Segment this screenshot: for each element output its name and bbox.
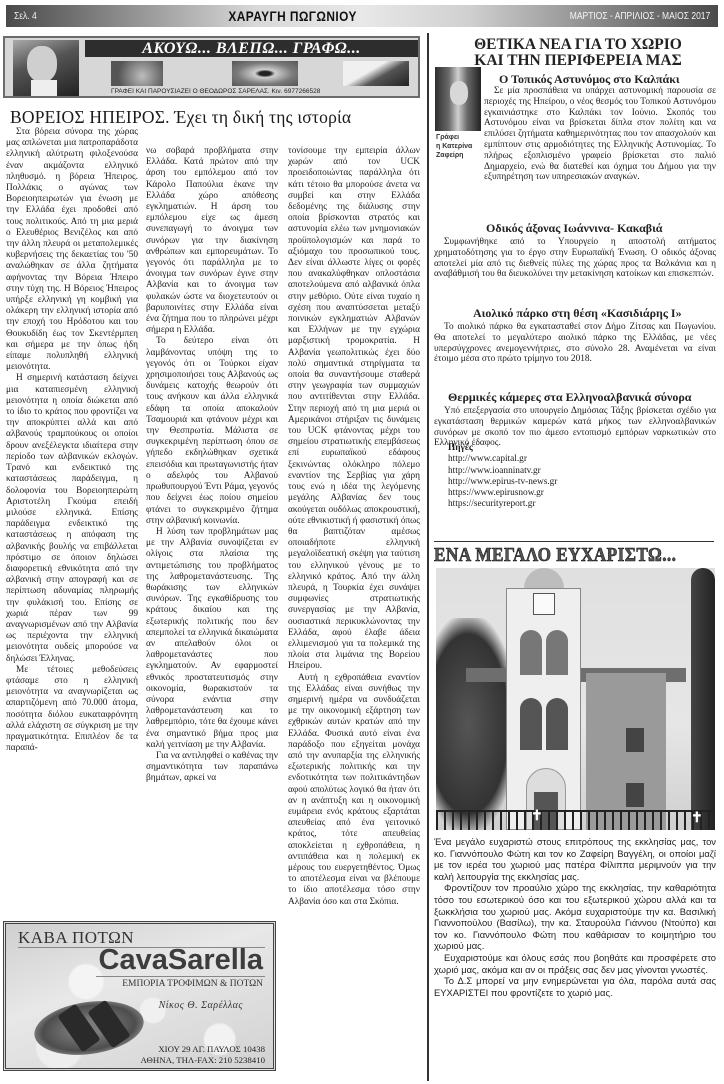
- news-item: Το αιολικό πάρκο θα εγκατασταθεί στον Δή…: [434, 322, 716, 365]
- news-heading: Θερμικές κάμερες στα Ελληνοαλβανικά σύνο…: [448, 390, 691, 405]
- ear-icon: [111, 61, 163, 86]
- column-credit: ΓΡΑΦΕΙ ΚΑΙ ΠΑΡΟΥΣΙΑΖΕΙ Ο ΘΕΟΔΩΡΟΣ ΣΑΡΕΛΑ…: [111, 88, 320, 95]
- paragraph: τονίσουμε την εμπειρία άλλων χωρών από τ…: [288, 146, 420, 673]
- columnist-photo: [13, 40, 79, 96]
- clock-icon: [533, 593, 555, 615]
- source-link[interactable]: https://www.epirusnow.gr: [448, 488, 557, 499]
- church-photo: ✝ ✝: [436, 568, 715, 830]
- news-heading: Αιολικό πάρκο στη θέση «Κασιδιάρης Ι»: [473, 306, 682, 321]
- section-divider: [434, 541, 714, 542]
- ad-address: ΧΙΟΥ 29 ΑΓ. ΠΑΥΛΟΣ 10438 ΑΘΗΝΑ, ΤΗΛ-FAX:…: [141, 1044, 265, 1065]
- ad-trade: ΕΜΠΟΡΙΑ ΤΡΟΦΙΜΩΝ & ΠΟΤΩΝ: [122, 979, 263, 989]
- source-link[interactable]: http://www.capital.gr: [448, 454, 557, 465]
- article-column-1: Στα βόρεια σύνορα της χώρας μας απλώνετα…: [6, 127, 138, 754]
- eye-icon: [232, 61, 298, 86]
- pen-icon: [343, 61, 409, 86]
- page-number: Σελ. 4: [14, 11, 37, 22]
- column-banner: ΑΚΟΥΩ... ΒΛΕΠΩ... ΓΡΑΦΩ... ΓΡΑΦΕΙ ΚΑΙ ΠΑ…: [3, 36, 420, 98]
- thanks-title: ΕΝΑ ΜΕΓΑΛΟ ΕΥΧΑΡΙΣΤΩ...: [434, 544, 676, 567]
- news-heading: Οδικός άξονας Ιωάννινα- Κακαβιά: [486, 221, 663, 236]
- news-section-title: ΘΕΤΙΚΑ ΝΕΑ ΓΙΑ ΤΟ ΧΩΡΙΟ ΚΑΙ ΤΗΝ ΠΕΡΙΦΕΡΕ…: [432, 37, 724, 69]
- column-title: ΑΚΟΥΩ... ΒΛΕΠΩ... ΓΡΑΦΩ...: [85, 40, 418, 57]
- news-item: Σε μία προσπάθεια να υπάρχει αστυνομική …: [434, 86, 716, 183]
- newspaper-title: ΧΑΡΑΥΓΗ ΠΩΓΩΝΙΟΥ: [229, 8, 357, 24]
- advertisement-cavasarella: ΚΑΒΑ ΠΟΤΩΝ CavaSarella ΕΜΠΟΡΙΑ ΤΡΟΦΙΜΩΝ …: [3, 921, 276, 1071]
- paragraph: νω σοβαρά προβλήματα στην Ελλάδα. Κατά π…: [146, 146, 278, 336]
- paragraph: Με τέτοιες μεθοδεύσεις φτάσαμε στο η ελλ…: [6, 665, 138, 755]
- column-divider: [427, 33, 429, 1081]
- paragraph: Το δεύτερο είναι ότι λαμβάνοντας υπόψη τ…: [146, 336, 278, 526]
- sources-heading: Πηγές: [448, 443, 557, 454]
- paragraph: Η λύση των προβλημάτων μας με την Αλβανί…: [146, 527, 278, 751]
- article-column-3: τονίσουμε την εμπειρία άλλων χωρών από τ…: [288, 146, 420, 908]
- source-link[interactable]: https://securityreport.gr: [448, 499, 557, 510]
- paragraph: Η σημερινή κατάσταση δείχνει μια καταπιε…: [6, 373, 138, 664]
- ad-owner: Νίκος Θ. Σαρέλλας: [159, 1000, 243, 1011]
- thanks-text: Ένα μεγάλο ευχαριστώ στους επιτρόπους τη…: [434, 836, 716, 998]
- paragraph: Για να αντιληφθεί ο καθένας την σημαντικ…: [146, 751, 278, 785]
- sources-list: Πηγές http://www.capital.gr http://www.i…: [448, 443, 557, 511]
- news-item: Συμφωνήθηκε από το Υπουργείο η αποστολή …: [434, 237, 716, 280]
- paragraph: Αυτή η εχθροπάθεια εναντίον της Ελλάδας …: [288, 673, 420, 908]
- cross-icon: ✝: [691, 810, 703, 827]
- article-column-2: νω σοβαρά προβλήματα στην Ελλάδα. Κατά π…: [146, 146, 278, 785]
- source-link[interactable]: http://www.ioanninatv.gr: [448, 466, 557, 477]
- masthead: Σελ. 4 ΧΑΡΑΥΓΗ ΠΩΓΩΝΙΟΥ ΜΑΡΤΙΟΣ - ΑΠΡΙΛΙ…: [6, 5, 718, 27]
- news-heading: Ο Τοπικός Αστυνόμος στο Καλπάκι: [499, 72, 680, 87]
- cross-icon: ✝: [531, 808, 543, 825]
- ad-brand: CavaSarella: [99, 944, 263, 977]
- issue-date: ΜΑΡΤΙΟΣ - ΑΠΡΙΛΙΟΣ - ΜΑΙΟΣ 2017: [570, 11, 710, 22]
- article-headline: ΒΟΡΕΙΟΣ ΗΠΕΙΡΟΣ. Έχει τη δική της ιστορί…: [10, 107, 420, 128]
- paragraph: Στα βόρεια σύνορα της χώρας μας απλώνετα…: [6, 127, 138, 373]
- source-link[interactable]: http://www.epirus-tv-news.gr: [448, 477, 557, 488]
